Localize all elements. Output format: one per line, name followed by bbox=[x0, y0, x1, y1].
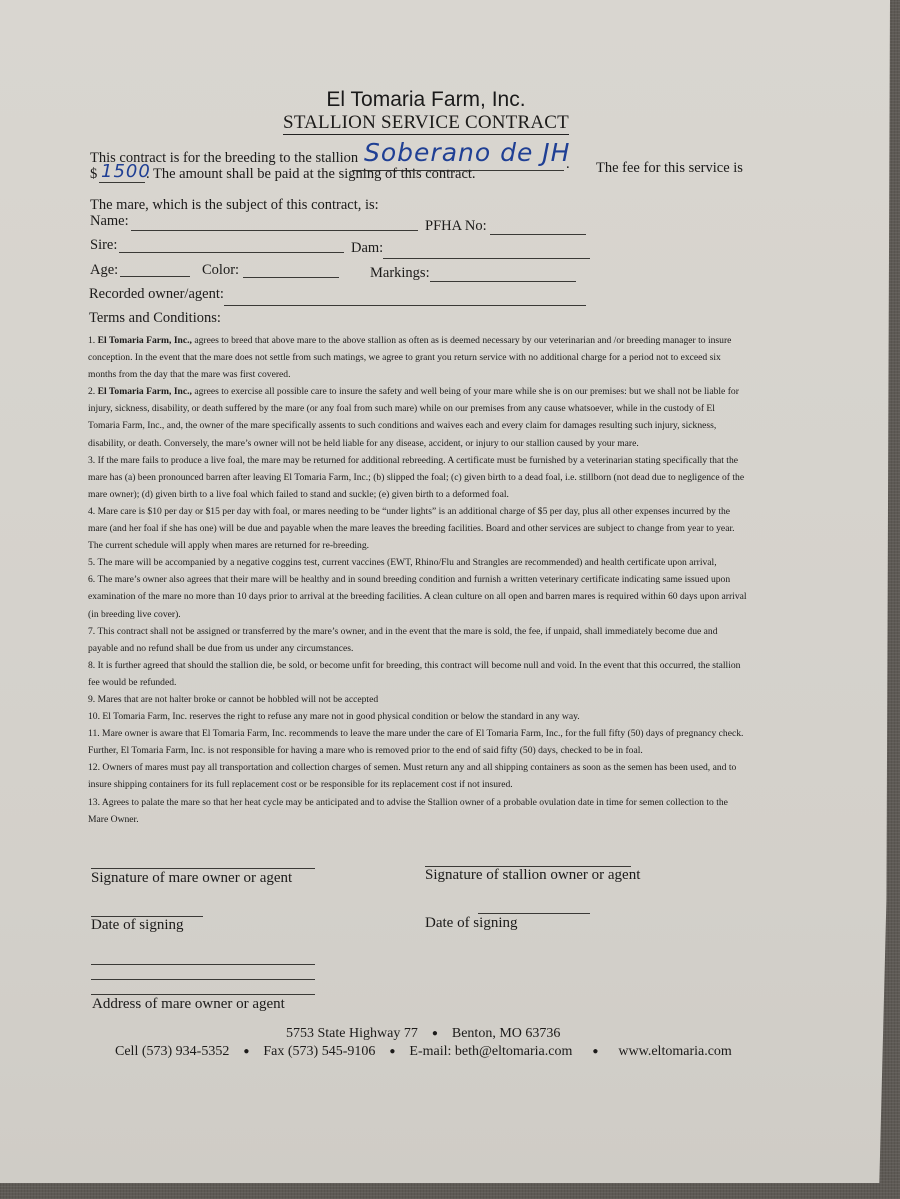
terms-list: 1. El Tomaria Farm, Inc., agrees to bree… bbox=[88, 332, 748, 828]
term-text: El Tomaria Farm, Inc. reserves the right… bbox=[102, 711, 579, 722]
address-line-3[interactable] bbox=[91, 994, 315, 995]
age-field[interactable] bbox=[120, 276, 190, 277]
company-name: El Tomaria Farm, Inc. bbox=[0, 88, 852, 112]
footer-email[interactable]: E-mail: beth@eltomaria.com bbox=[409, 1044, 572, 1059]
contract-page: El Tomaria Farm, Inc. STALLION SERVICE C… bbox=[0, 0, 890, 1183]
intro-line-2: . The amount shall be paid at the signin… bbox=[146, 166, 476, 183]
term-number: 11. bbox=[88, 728, 100, 739]
fee-amount-line bbox=[99, 182, 145, 183]
term-number: 13. bbox=[88, 797, 100, 808]
term-company: El Tomaria Farm, Inc., bbox=[98, 386, 192, 397]
term-item: 7. This contract shall not be assigned o… bbox=[88, 623, 748, 657]
term-item: 5. The mare will be accompanied by a neg… bbox=[88, 554, 748, 571]
bullet-separator: ● bbox=[432, 1028, 438, 1039]
term-text: The mare’s owner also agrees that their … bbox=[88, 574, 747, 619]
term-item: 10. El Tomaria Farm, Inc. reserves the r… bbox=[88, 708, 748, 725]
terms-heading: Terms and Conditions: bbox=[89, 310, 221, 327]
dam-field[interactable] bbox=[383, 258, 590, 259]
mare-heading: The mare, which is the subject of this c… bbox=[90, 197, 379, 214]
term-text: Agrees to palate the mare so that her he… bbox=[88, 797, 728, 825]
footer-address-row: 5753 State Highway 77●Benton, MO 63736 bbox=[286, 1026, 560, 1042]
bullet-separator: ● bbox=[592, 1046, 598, 1057]
age-label: Age: bbox=[90, 262, 118, 279]
term-number: 9. bbox=[88, 694, 95, 705]
term-number: 2. bbox=[88, 386, 95, 397]
term-number: 4. bbox=[88, 506, 95, 517]
term-text: Owners of mares must pay all transportat… bbox=[88, 762, 736, 790]
footer-cell: Cell (573) 934-5352 bbox=[115, 1044, 229, 1059]
owner-agent-field[interactable] bbox=[224, 305, 586, 306]
address-line-1[interactable] bbox=[91, 964, 315, 965]
term-company: El Tomaria Farm, Inc., bbox=[98, 335, 192, 346]
term-number: 8. bbox=[88, 660, 95, 671]
term-text: Mare owner is aware that El Tomaria Farm… bbox=[88, 728, 743, 756]
bullet-separator: ● bbox=[243, 1046, 249, 1057]
markings-label: Markings: bbox=[370, 265, 430, 282]
address-label: Address of mare owner or agent bbox=[92, 996, 285, 1013]
term-number: 7. bbox=[88, 626, 95, 637]
pfha-label: PFHA No: bbox=[425, 218, 487, 235]
color-field[interactable] bbox=[243, 277, 339, 278]
term-item: 4. Mare care is $10 per day or $15 per d… bbox=[88, 503, 748, 554]
mare-name-label: Name: bbox=[90, 213, 129, 230]
term-number: 1. bbox=[88, 335, 95, 346]
term-number: 12. bbox=[88, 762, 100, 773]
term-number: 6. bbox=[88, 574, 95, 585]
term-number: 5. bbox=[88, 557, 95, 568]
term-item: 9. Mares that are not halter broke or ca… bbox=[88, 691, 748, 708]
fee-amount-field[interactable]: 1500 bbox=[101, 161, 151, 182]
term-text: If the mare fails to produce a live foal… bbox=[88, 455, 744, 500]
sire-field[interactable] bbox=[119, 252, 344, 253]
term-number: 3. bbox=[88, 455, 95, 466]
mare-owner-signature-label: Signature of mare owner or agent bbox=[91, 870, 292, 887]
footer-city: Benton, MO 63736 bbox=[452, 1026, 561, 1041]
stallion-name-field[interactable]: Soberano de JH bbox=[364, 138, 570, 167]
term-item: 2. El Tomaria Farm, Inc., agrees to exer… bbox=[88, 383, 748, 451]
mare-name-field[interactable] bbox=[131, 230, 418, 231]
mare-date-label: Date of signing bbox=[91, 917, 183, 934]
term-item: 12. Owners of mares must pay all transpo… bbox=[88, 759, 748, 793]
term-text: Mares that are not halter broke or canno… bbox=[98, 694, 379, 705]
term-text: It is further agreed that should the sta… bbox=[88, 660, 740, 688]
term-item: 3. If the mare fails to produce a live f… bbox=[88, 452, 748, 503]
contract-title-text: STALLION SERVICE CONTRACT bbox=[283, 112, 569, 135]
owner-agent-label: Recorded owner/agent: bbox=[89, 286, 224, 303]
fee-label: The fee for this service is bbox=[596, 160, 743, 177]
footer-fax: Fax (573) 545-9106 bbox=[263, 1044, 375, 1059]
term-item: 11. Mare owner is aware that El Tomaria … bbox=[88, 725, 748, 759]
term-item: 6. The mare’s owner also agrees that the… bbox=[88, 571, 748, 622]
dam-label: Dam: bbox=[351, 240, 383, 257]
stallion-date-label: Date of signing bbox=[425, 915, 517, 932]
markings-field[interactable] bbox=[430, 281, 576, 282]
color-label: Color: bbox=[202, 262, 239, 279]
intro-period: . bbox=[566, 156, 570, 173]
term-item: 1. El Tomaria Farm, Inc., agrees to bree… bbox=[88, 332, 748, 383]
address-line-2[interactable] bbox=[91, 979, 315, 980]
stallion-date-line[interactable] bbox=[478, 913, 590, 914]
stallion-owner-signature-label: Signature of stallion owner or agent bbox=[425, 867, 640, 884]
bullet-separator: ● bbox=[389, 1046, 395, 1057]
sire-label: Sire: bbox=[90, 237, 117, 254]
term-text: Mare care is $10 per day or $15 per day … bbox=[88, 506, 735, 551]
currency-symbol: $ bbox=[90, 166, 97, 183]
footer-contact-row: Cell (573) 934-5352●Fax (573) 545-9106●E… bbox=[115, 1044, 732, 1060]
footer-website[interactable]: www.eltomaria.com bbox=[618, 1044, 731, 1059]
term-item: 8. It is further agreed that should the … bbox=[88, 657, 748, 691]
pfha-field[interactable] bbox=[490, 234, 586, 235]
contract-title: STALLION SERVICE CONTRACT bbox=[0, 112, 852, 134]
term-text: This contract shall not be assigned or t… bbox=[88, 626, 718, 654]
mare-owner-signature-line[interactable] bbox=[91, 868, 315, 869]
term-text: The mare will be accompanied by a negati… bbox=[97, 557, 716, 568]
term-item: 13. Agrees to palate the mare so that he… bbox=[88, 794, 748, 828]
term-number: 10. bbox=[88, 711, 100, 722]
footer-street: 5753 State Highway 77 bbox=[286, 1026, 418, 1041]
